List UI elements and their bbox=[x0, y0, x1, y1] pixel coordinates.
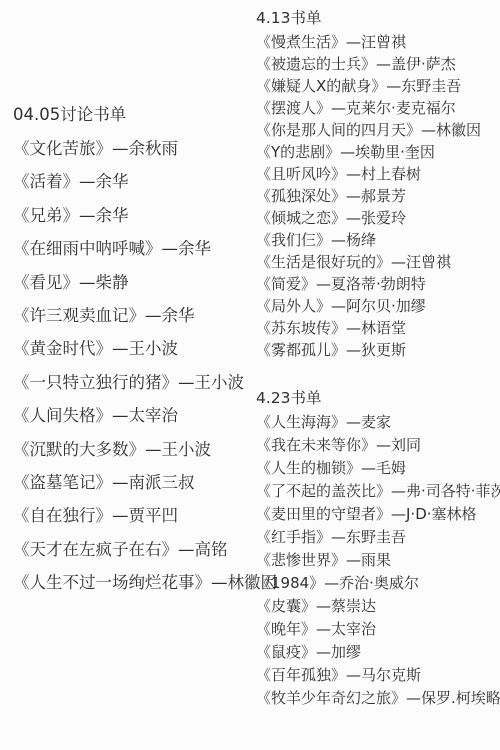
section-4-23-header: 4.23书单 bbox=[256, 385, 500, 411]
left-column: 04.05讨论书单 《文化苦旅》—余秋雨 《活着》—余华 《兄弟》—余华 《在细… bbox=[13, 98, 263, 599]
book-list-item: 《红手指》—东野圭吾 bbox=[256, 526, 500, 549]
book-list-item: 《你是那人间的四月天》—林徽因 bbox=[256, 119, 500, 141]
book-list-item: 《苏东坡传》—林语堂 bbox=[256, 317, 500, 339]
book-list-item: 《摆渡人》—克莱尔·麦克福尔 bbox=[256, 97, 500, 119]
book-list-item: 《Y的悲剧》—埃勒里·奎因 bbox=[256, 141, 500, 163]
book-list-item: 《天才在左疯子在右》—高铭 bbox=[13, 533, 263, 566]
book-list-item: 《鼠疫》—加缪 bbox=[256, 641, 500, 664]
book-list-item: 《看见》—柴静 bbox=[13, 266, 263, 299]
book-list-item: 《牧羊少年奇幻之旅》—保罗.柯埃略 bbox=[256, 687, 500, 710]
section-4-13-header: 4.13书单 bbox=[256, 5, 500, 31]
book-list-item: 《活着》—余华 bbox=[13, 165, 263, 198]
book-list-item: 《悲惨世界》—雨果 bbox=[256, 549, 500, 572]
left-column-header: 04.05讨论书单 bbox=[13, 98, 263, 132]
book-list-item: 《在细雨中呐呼喊》—余华 bbox=[13, 232, 263, 265]
book-list-item: 《沉默的大多数》—王小波 bbox=[13, 433, 263, 466]
book-list-4-23: 《人生海海》—麦家 《我在未来等你》—刘同 《人生的枷锁》—毛姆 《了不起的盖茨… bbox=[256, 411, 500, 710]
section-4-23: 4.23书单 《人生海海》—麦家 《我在未来等你》—刘同 《人生的枷锁》—毛姆 … bbox=[256, 385, 500, 710]
book-list-item: 《倾城之恋》—张爱玲 bbox=[256, 207, 500, 229]
book-list-04-05: 《文化苦旅》—余秋雨 《活着》—余华 《兄弟》—余华 《在细雨中呐呼喊》—余华 … bbox=[13, 132, 263, 599]
book-list-item: 《雾都孤儿》—狄更斯 bbox=[256, 339, 500, 361]
book-list-item: 《自在独行》—贾平凹 bbox=[13, 499, 263, 532]
right-column: 4.13书单 《慢煮生活》—汪曾祺 《被遗忘的士兵》—盖伊·萨杰 《嫌疑人X的献… bbox=[256, 5, 500, 710]
book-list-item: 《一只特立独行的猪》—王小波 bbox=[13, 366, 263, 399]
section-4-13: 4.13书单 《慢煮生活》—汪曾祺 《被遗忘的士兵》—盖伊·萨杰 《嫌疑人X的献… bbox=[256, 5, 500, 361]
book-list-item: 《局外人》—阿尔贝·加缪 bbox=[256, 295, 500, 317]
book-list-item: 《麦田里的守望者》—J·D·塞林格 bbox=[256, 503, 500, 526]
book-list-item: 《人生的枷锁》—毛姆 bbox=[256, 457, 500, 480]
book-list-item: 《简爱》—夏洛蒂·勃朗特 bbox=[256, 273, 500, 295]
book-list-4-13: 《慢煮生活》—汪曾祺 《被遗忘的士兵》—盖伊·萨杰 《嫌疑人X的献身》—东野圭吾… bbox=[256, 31, 500, 361]
book-list-item: 《了不起的盖茨比》—弗·司各特·菲茨杰拉 bbox=[256, 480, 500, 503]
book-list-item: 《人生海海》—麦家 bbox=[256, 411, 500, 434]
book-list-item: 《1984》—乔治·奥威尔 bbox=[256, 572, 500, 595]
book-list-item: 《许三观卖血记》—余华 bbox=[13, 299, 263, 332]
book-list-item: 《皮囊》—蔡崇达 bbox=[256, 595, 500, 618]
book-list-page: 04.05讨论书单 《文化苦旅》—余秋雨 《活着》—余华 《兄弟》—余华 《在细… bbox=[0, 0, 500, 750]
book-list-item: 《人间失格》—太宰治 bbox=[13, 399, 263, 432]
book-list-item: 《百年孤独》—马尔克斯 bbox=[256, 664, 500, 687]
book-list-item: 《黄金时代》—王小波 bbox=[13, 332, 263, 365]
book-list-item: 《盗墓笔记》—南派三叔 bbox=[13, 466, 263, 499]
book-list-item: 《生活是很好玩的》—汪曾祺 bbox=[256, 251, 500, 273]
book-list-item: 《被遗忘的士兵》—盖伊·萨杰 bbox=[256, 53, 500, 75]
book-list-item: 《孤独深处》—郝景芳 bbox=[256, 185, 500, 207]
book-list-item: 《慢煮生活》—汪曾祺 bbox=[256, 31, 500, 53]
book-list-item: 《人生不过一场绚烂花事》—林徽因 bbox=[13, 566, 263, 599]
book-list-item: 《兄弟》—余华 bbox=[13, 199, 263, 232]
book-list-item: 《嫌疑人X的献身》—东野圭吾 bbox=[256, 75, 500, 97]
book-list-item: 《晚年》—太宰治 bbox=[256, 618, 500, 641]
book-list-item: 《我在未来等你》—刘同 bbox=[256, 434, 500, 457]
book-list-item: 《且听风吟》—村上春树 bbox=[256, 163, 500, 185]
book-list-item: 《我们仨》—杨绛 bbox=[256, 229, 500, 251]
book-list-item: 《文化苦旅》—余秋雨 bbox=[13, 132, 263, 165]
